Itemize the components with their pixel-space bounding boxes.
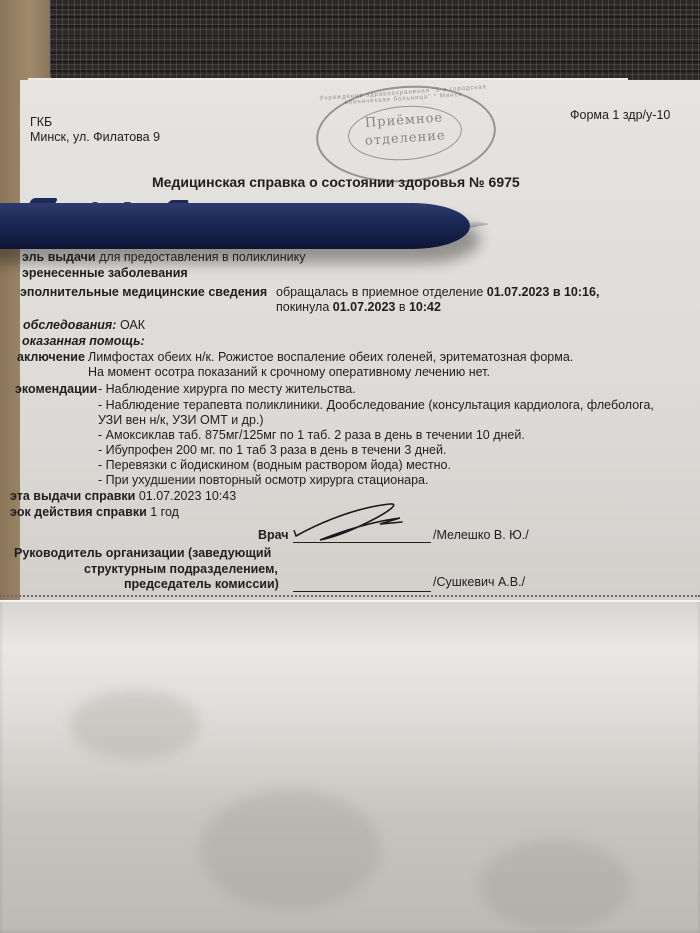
recommendation-item: - При ухудшении повторный осмотр хирурга… <box>98 473 428 487</box>
perforation-line <box>0 595 700 597</box>
paper-shadow <box>480 840 630 930</box>
issue-date-row: эта выдачи справки 01.07.2023 10:43 <box>10 489 236 503</box>
doctor-label: Врач <box>258 528 289 542</box>
issue-date-label: эта выдачи справки <box>10 489 135 503</box>
validity-label: эок действия справки <box>10 505 147 519</box>
recommendation-item: - Перевязки с йодискином (водным раствор… <box>98 458 451 472</box>
conclusion-line-1: Лимфостах обеих н/к. Рожистое воспаление… <box>88 350 573 364</box>
discharge-time: 10:42 <box>409 300 441 314</box>
assistance-label: оказанная помощь: <box>22 334 145 348</box>
paper-shadow <box>200 790 380 910</box>
purpose-value: для предоставления в поликлинику <box>99 250 305 264</box>
purpose-row: эль выдачи для предоставления в поликлин… <box>22 250 306 264</box>
issue-date-value: 01.07.2023 10:43 <box>139 489 236 503</box>
recommendation-item: - Амоксиклав таб. 875мг/125мг по 1 таб. … <box>98 428 525 442</box>
admission-date: 01.07.2023 <box>487 285 550 299</box>
examinations-label: обследования: <box>23 318 116 332</box>
conclusion-line-2: На момент осотра показаний к срочному оп… <box>88 365 490 379</box>
admission-text: обращалась в приемное отделение <box>276 285 483 299</box>
paper-shadow <box>70 690 200 760</box>
org-address: Минск, ул. Филатова 9 <box>30 130 160 144</box>
discharge-line: покинула 01.07.2023 в 10:42 <box>276 300 441 314</box>
head-label-line-1: Руководитель организации (заведующий <box>14 546 271 560</box>
head-signature-line <box>293 591 431 592</box>
examinations-row: обследования: ОАК <box>23 318 145 332</box>
recommendation-item: УЗИ вен н/к, УЗИ ОМТ и др.) <box>98 413 264 427</box>
additional-info-label: эполнительные медицинские сведения <box>20 285 267 299</box>
recommendation-item: - Наблюдение терапевта поликлиники. Дооб… <box>98 398 654 412</box>
doctor-name: /Мелешко В. Ю./ <box>433 528 529 542</box>
head-label-line-2: структурным подразделением, <box>84 562 278 576</box>
stamp-inner-oval: Приёмное отделение <box>346 102 463 164</box>
head-name: /Сушкевич А.В./ <box>433 575 525 589</box>
admission-in: в <box>553 285 561 299</box>
conclusion-label: аключение <box>17 350 85 364</box>
purpose-label: эль выдачи <box>22 250 96 264</box>
admission-line: обращалась в приемное отделение 01.07.20… <box>276 285 599 299</box>
doctor-signature <box>290 500 420 545</box>
recommendations-label: экомендации <box>15 382 97 396</box>
validity-row: эок действия справки 1 год <box>10 505 179 519</box>
discharge-date: 01.07.2023 <box>333 300 396 314</box>
document-title: Медицинская справка о состоянии здоровья… <box>152 174 520 190</box>
examinations-value: ОАК <box>120 318 145 332</box>
validity-value: 1 год <box>150 505 179 519</box>
woven-placemat-background <box>50 0 700 90</box>
admission-time: 10:16, <box>564 285 599 299</box>
discharge-text: покинула <box>276 300 329 314</box>
discharge-in: в <box>399 300 406 314</box>
recommendation-item: - Ибупрофен 200 мг. по 1 таб 3 раза в де… <box>98 443 446 457</box>
ballpoint-pen <box>0 203 470 249</box>
form-code: Форма 1 здр/у-10 <box>570 108 670 122</box>
recommendation-item: - Наблюдение хирурга по месту жительства… <box>98 382 356 396</box>
head-label-line-3: председатель комиссии) <box>124 577 279 591</box>
org-name: ГКБ <box>30 115 52 129</box>
past-diseases-label: эренесенные заболевания <box>22 266 188 280</box>
